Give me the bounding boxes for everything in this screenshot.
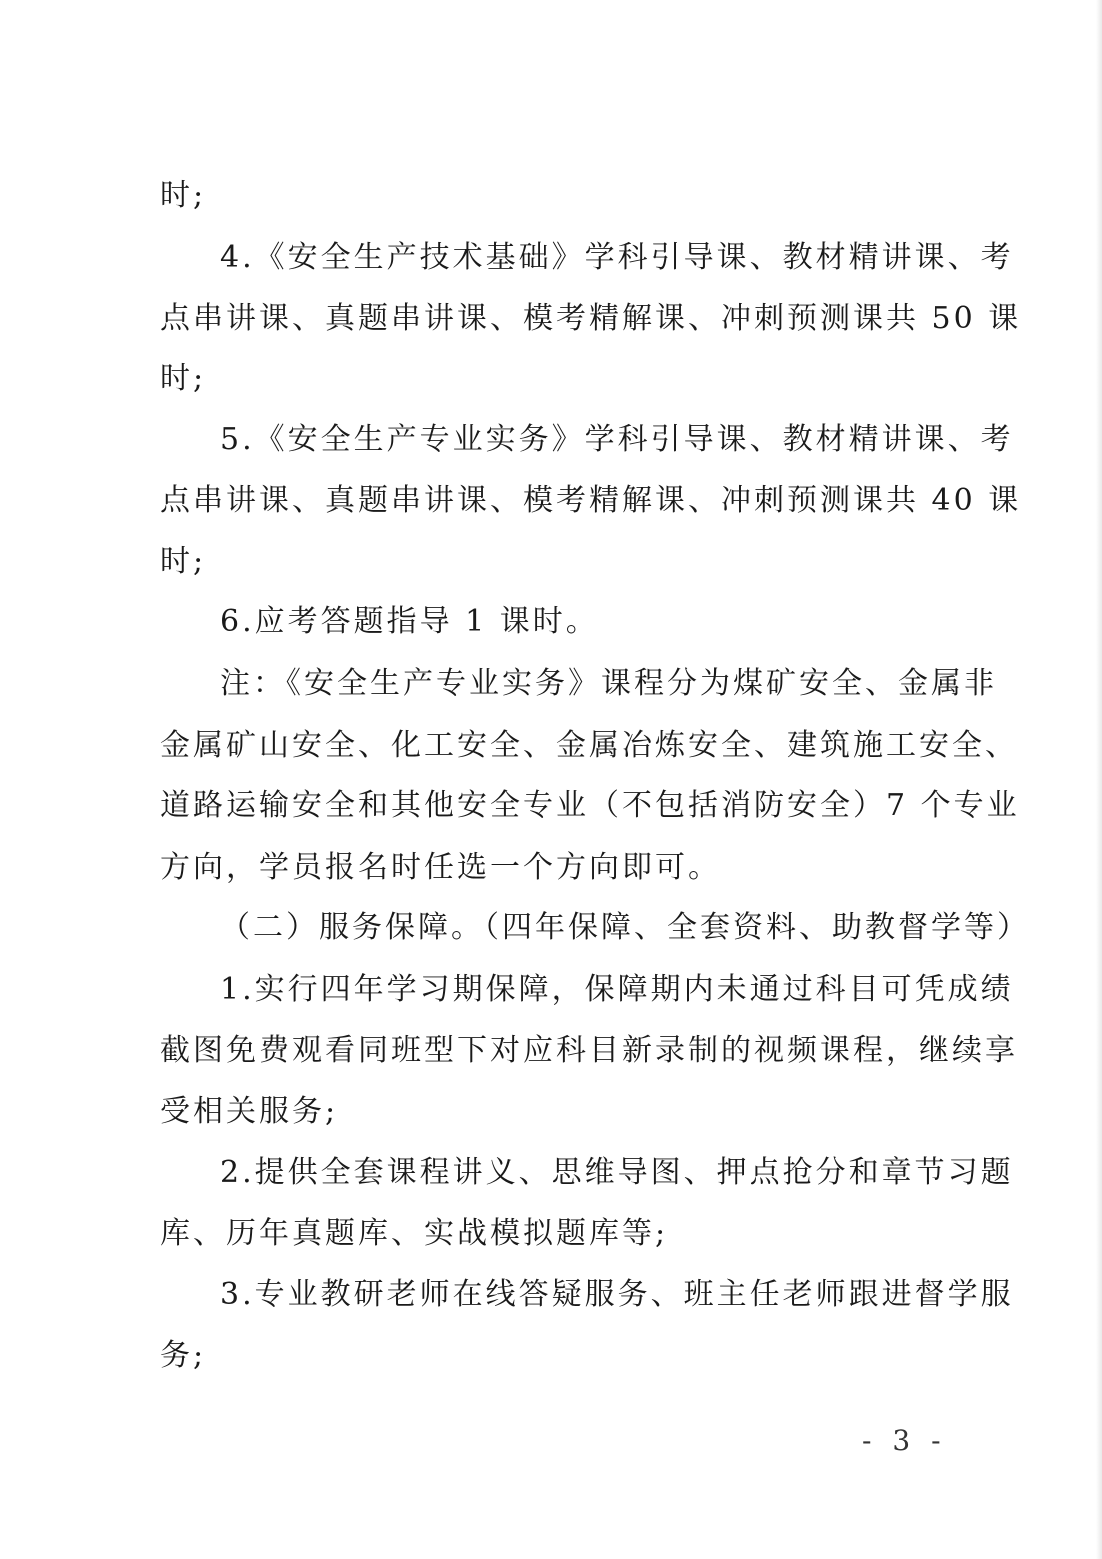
text-line-2: 4.《安全生产技术基础》学科引导课、教材精讲课、考 bbox=[220, 238, 932, 278]
text-line-10: 金属矿山安全、化工安全、金属冶炼安全、建筑施工安全、 bbox=[160, 726, 932, 766]
text-line-5: 5.《安全生产专业实务》学科引导课、教材精讲课、考 bbox=[220, 420, 932, 460]
text-line-3: 点串讲课、真题串讲课、模考精解课、冲刺预测课共 50 课 bbox=[160, 299, 932, 339]
text-line-6: 点串讲课、真题串讲课、模考精解课、冲刺预测课共 40 课 bbox=[160, 481, 932, 521]
page-edge-shadow bbox=[1096, 0, 1102, 1559]
text-line-8: 6.应考答题指导 1 课时。 bbox=[220, 602, 932, 642]
text-line-16: 受相关服务; bbox=[160, 1092, 932, 1132]
text-line-20: 务; bbox=[160, 1336, 932, 1376]
text-line-15: 截图免费观看同班型下对应科目新录制的视频课程，继续享 bbox=[160, 1031, 932, 1071]
text-line-7: 时; bbox=[160, 542, 932, 582]
page-number: - 3 - bbox=[862, 1421, 947, 1461]
text-line-14: 1.实行四年学习期保障，保障期内未通过科目可凭成绩 bbox=[220, 970, 932, 1010]
text-line-17: 2.提供全套课程讲义、思维导图、押点抢分和章节习题 bbox=[220, 1153, 932, 1193]
text-line-19: 3.专业教研老师在线答疑服务、班主任老师跟进督学服 bbox=[220, 1275, 932, 1315]
text-line-12: 方向，学员报名时任选一个方向即可。 bbox=[160, 848, 932, 888]
text-line-11: 道路运输安全和其他安全专业（不包括消防安全）7 个专业 bbox=[160, 786, 932, 826]
text-line-4: 时; bbox=[160, 359, 932, 399]
text-line-9: 注：《安全生产专业实务》课程分为煤矿安全、金属非 bbox=[220, 664, 932, 704]
text-line-13: （二）服务保障。（四年保障、全套资料、助教督学等） bbox=[220, 908, 932, 948]
text-line-1: 时; bbox=[160, 176, 932, 216]
text-line-18: 库、历年真题库、实战模拟题库等; bbox=[160, 1214, 932, 1254]
